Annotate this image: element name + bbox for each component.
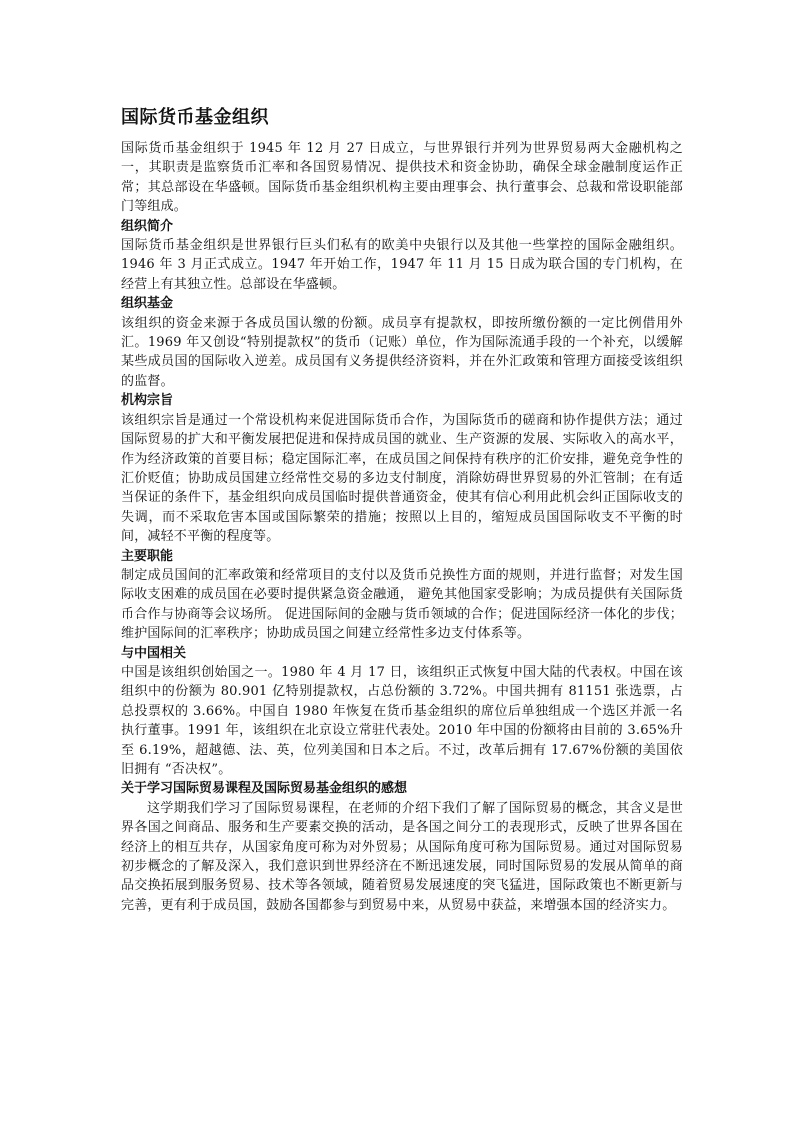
section-body-china: 中国是该组织创始国之一。1980 年 4 月 17 日，该组织正式恢复中国大陆的… [121, 663, 683, 779]
section-heading-reflection: 关于学习国际贸易课程及国际贸易基金组织的感想 [121, 779, 683, 798]
section-heading-overview: 组织简介 [121, 217, 683, 236]
section-body-overview: 国际货币基金组织是世界银行巨头们私有的欧美中央银行以及其他一些掌控的国际金融组织… [121, 236, 683, 294]
section-heading-purpose: 机构宗旨 [121, 391, 683, 410]
document-page: 国际货币基金组织 国际货币基金组织于 1945 年 12 月 27 日成立，与世… [121, 105, 683, 915]
section-body-purpose: 该组织宗旨是通过一个常设机构来促进国际货币合作，为国际货币的磋商和协作提供方法；… [121, 411, 683, 547]
section-body-funds: 该组织的资金来源于各成员国认缴的份额。成员享有提款权，即按所缴份额的一定比例借用… [121, 314, 683, 392]
section-heading-functions: 主要职能 [121, 547, 683, 566]
section-heading-funds: 组织基金 [121, 294, 683, 313]
section-heading-china: 与中国相关 [121, 644, 683, 663]
section-body-reflection: 这学期我们学习了国际贸易课程，在老师的介绍下我们了解了国际贸易的概念，其含义是世… [121, 799, 683, 915]
intro-paragraph: 国际货币基金组织于 1945 年 12 月 27 日成立，与世界银行并列为世界贸… [121, 139, 683, 217]
document-title: 国际货币基金组织 [121, 105, 683, 131]
section-body-functions: 制定成员国间的汇率政策和经常项目的支付以及货币兑换性方面的规则，并进行监督；对发… [121, 566, 683, 644]
